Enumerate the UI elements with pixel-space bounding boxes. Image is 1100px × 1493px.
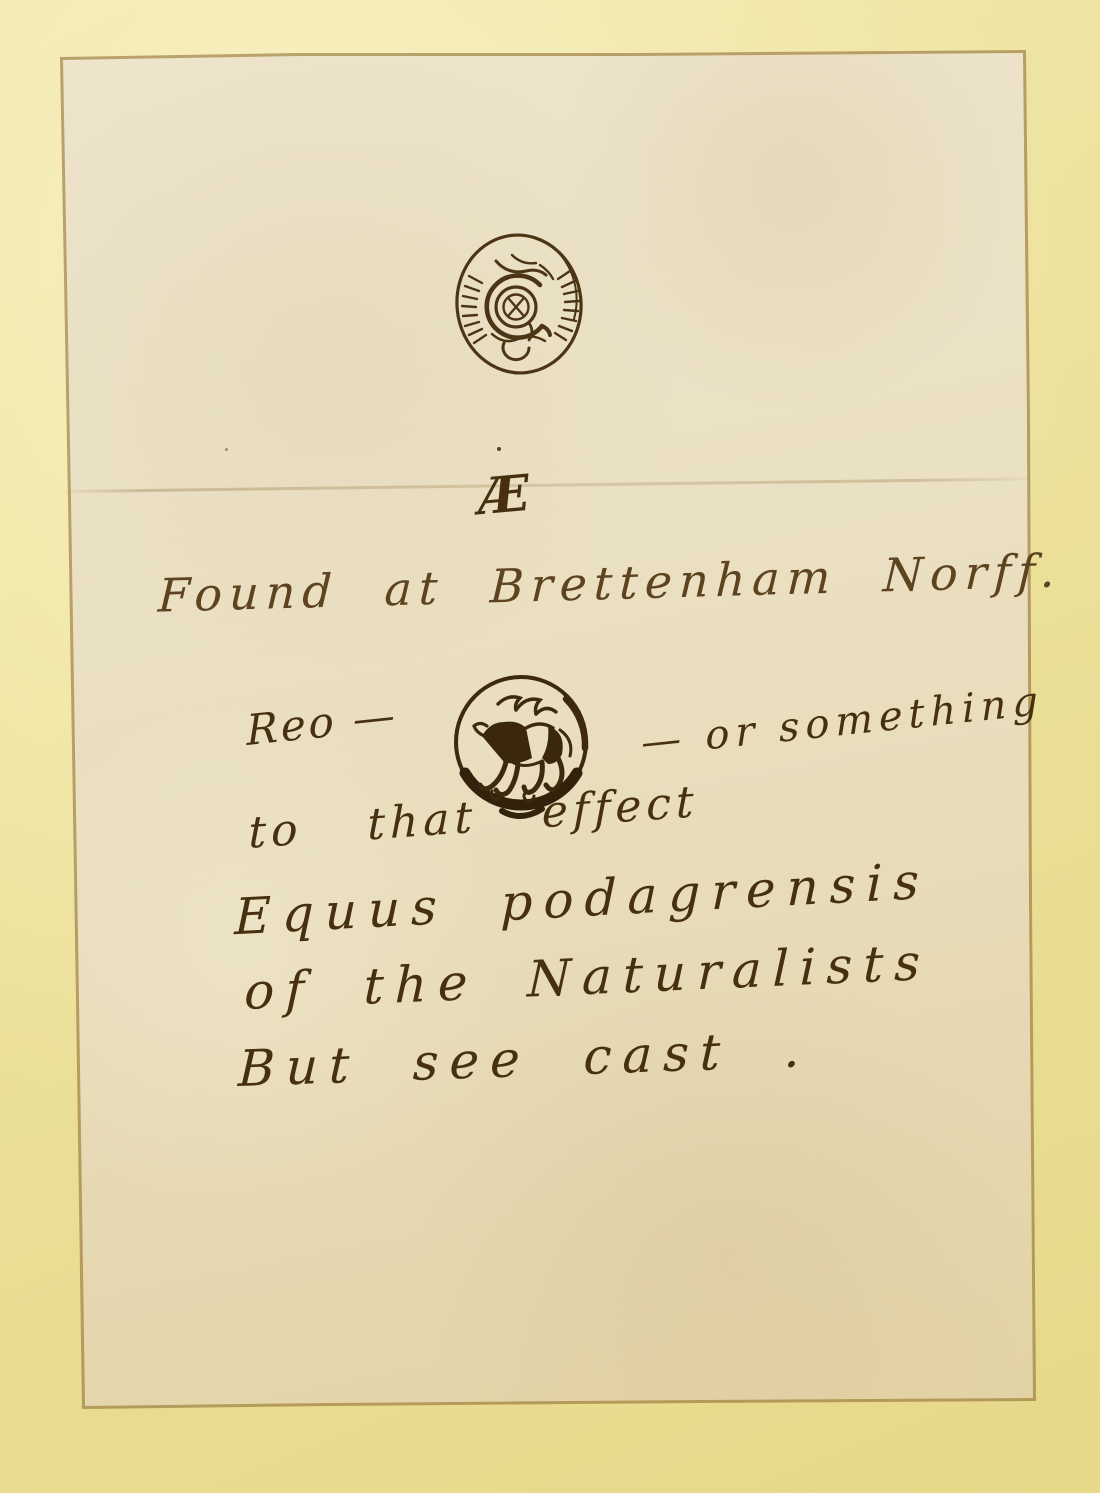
ink-speck (497, 447, 501, 451)
metal-mark-ae: Æ (476, 468, 532, 522)
photograph-of-manuscript: Æ Found at Brettenham Norff. Reo — — or … (0, 0, 1100, 1493)
wheel-coin-sketch-icon (452, 231, 588, 379)
ink-speck (225, 448, 228, 451)
